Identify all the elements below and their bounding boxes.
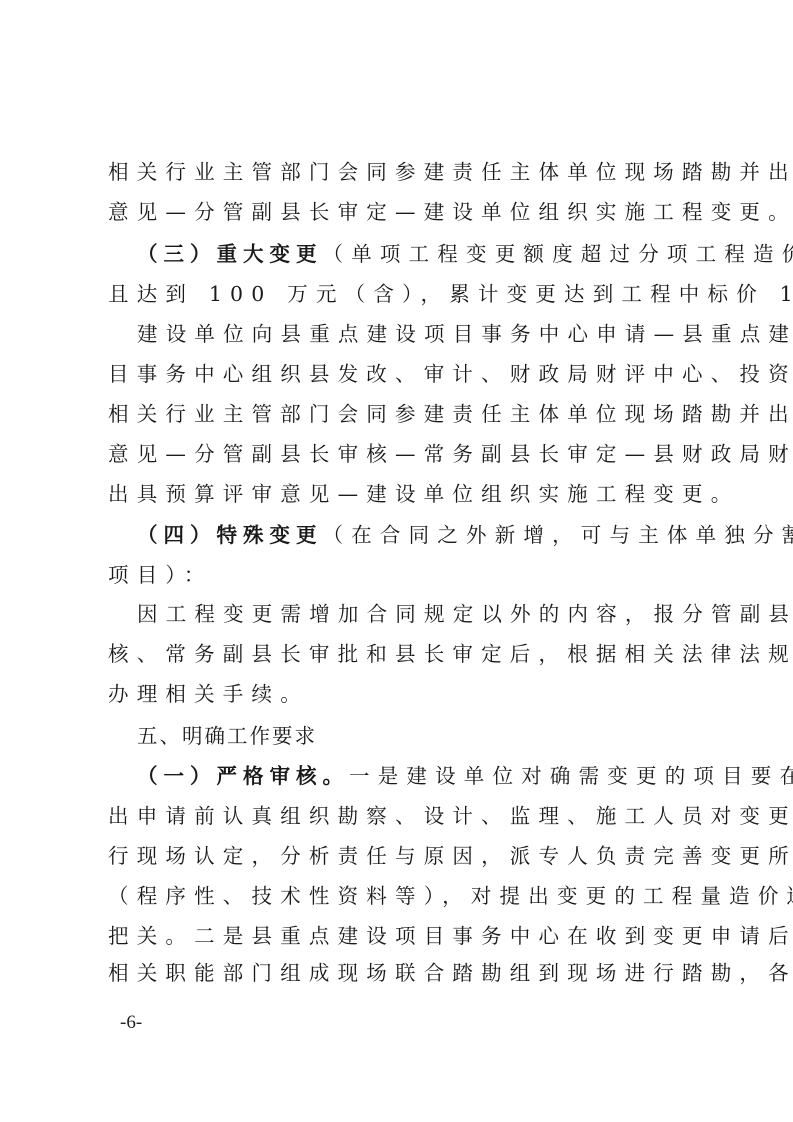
- page-number: -6-: [120, 1012, 142, 1034]
- paragraph-line: 行现场认定，分析责任与原因，派专人负责完善变更所需资料: [108, 836, 692, 876]
- paragraph-line: 意见—分管副县长审核—常务副县长审定—县财政局财评中心: [108, 434, 692, 474]
- subsection-major-change: （三）重大变更（单项工程变更额度超过分项工程造价 10%: [137, 234, 692, 274]
- paragraph-line: 相关行业主管部门会同参建责任主体单位现场踏勘并出具初审: [108, 394, 692, 434]
- subsection-title: （三）重大变更: [137, 242, 323, 266]
- subsection-desc: 一是建设单位对确需变更的项目要在提: [349, 764, 793, 788]
- paragraph-line: （程序性、技术性资料等），对提出变更的工程量造价进行严格: [108, 876, 692, 916]
- paragraph-line: 且达到 100 万元（含），累计变更达到工程中标价 10%的）：: [108, 274, 692, 314]
- paragraph-line: 相关职能部门组成现场联合踏勘组到现场进行踏勘，各职能部: [108, 953, 692, 993]
- subsection-strict-review: （一）严格审核。一是建设单位对确需变更的项目要在提: [137, 756, 692, 796]
- subsection-desc: （在合同之外新增，可与主体单独分割的: [323, 523, 793, 547]
- subsection-title: （四）特殊变更: [137, 523, 323, 547]
- paragraph-line: 办理相关手续。: [108, 674, 692, 714]
- paragraph-line: 出申请前认真组织勘察、设计、监理、施工人员对变更事项进: [108, 796, 692, 836]
- paragraph-line: 出具预算评审意见—建设单位组织实施工程变更。: [108, 474, 692, 514]
- subsection-title: （一）严格审核。: [137, 764, 349, 788]
- subsection-special-change: （四）特殊变更（在合同之外新增，可与主体单独分割的: [137, 515, 692, 555]
- paragraph-line: 目事务中心组织县发改、审计、财政局财评中心、投资业主、: [108, 354, 692, 394]
- paragraph-line: 因工程变更需增加合同规定以外的内容，报分管副县长审: [137, 594, 692, 634]
- paragraph-line: 核、常务副县长审批和县长审定后，根据相关法律法规按程序: [108, 634, 692, 674]
- document-page: 相关行业主管部门会同参建责任主体单位现场踏勘并出具初审 意见—分管副县长审定—建…: [0, 0, 793, 1122]
- paragraph-line: 建设单位向县重点建设项目事务中心申请—县重点建设项: [137, 314, 692, 354]
- paragraph-line: 相关行业主管部门会同参建责任主体单位现场踏勘并出具初审: [108, 152, 692, 192]
- paragraph-line: 把关。二是县重点建设项目事务中心在收到变更申请后，组织: [108, 916, 692, 956]
- paragraph-line: 项目）：: [108, 555, 692, 595]
- section-heading: 五、明确工作要求: [137, 716, 692, 756]
- subsection-desc: （单项工程变更额度超过分项工程造价 10%: [323, 242, 793, 266]
- paragraph-line: 意见—分管副县长审定—建设单位组织实施工程变更。: [108, 192, 692, 232]
